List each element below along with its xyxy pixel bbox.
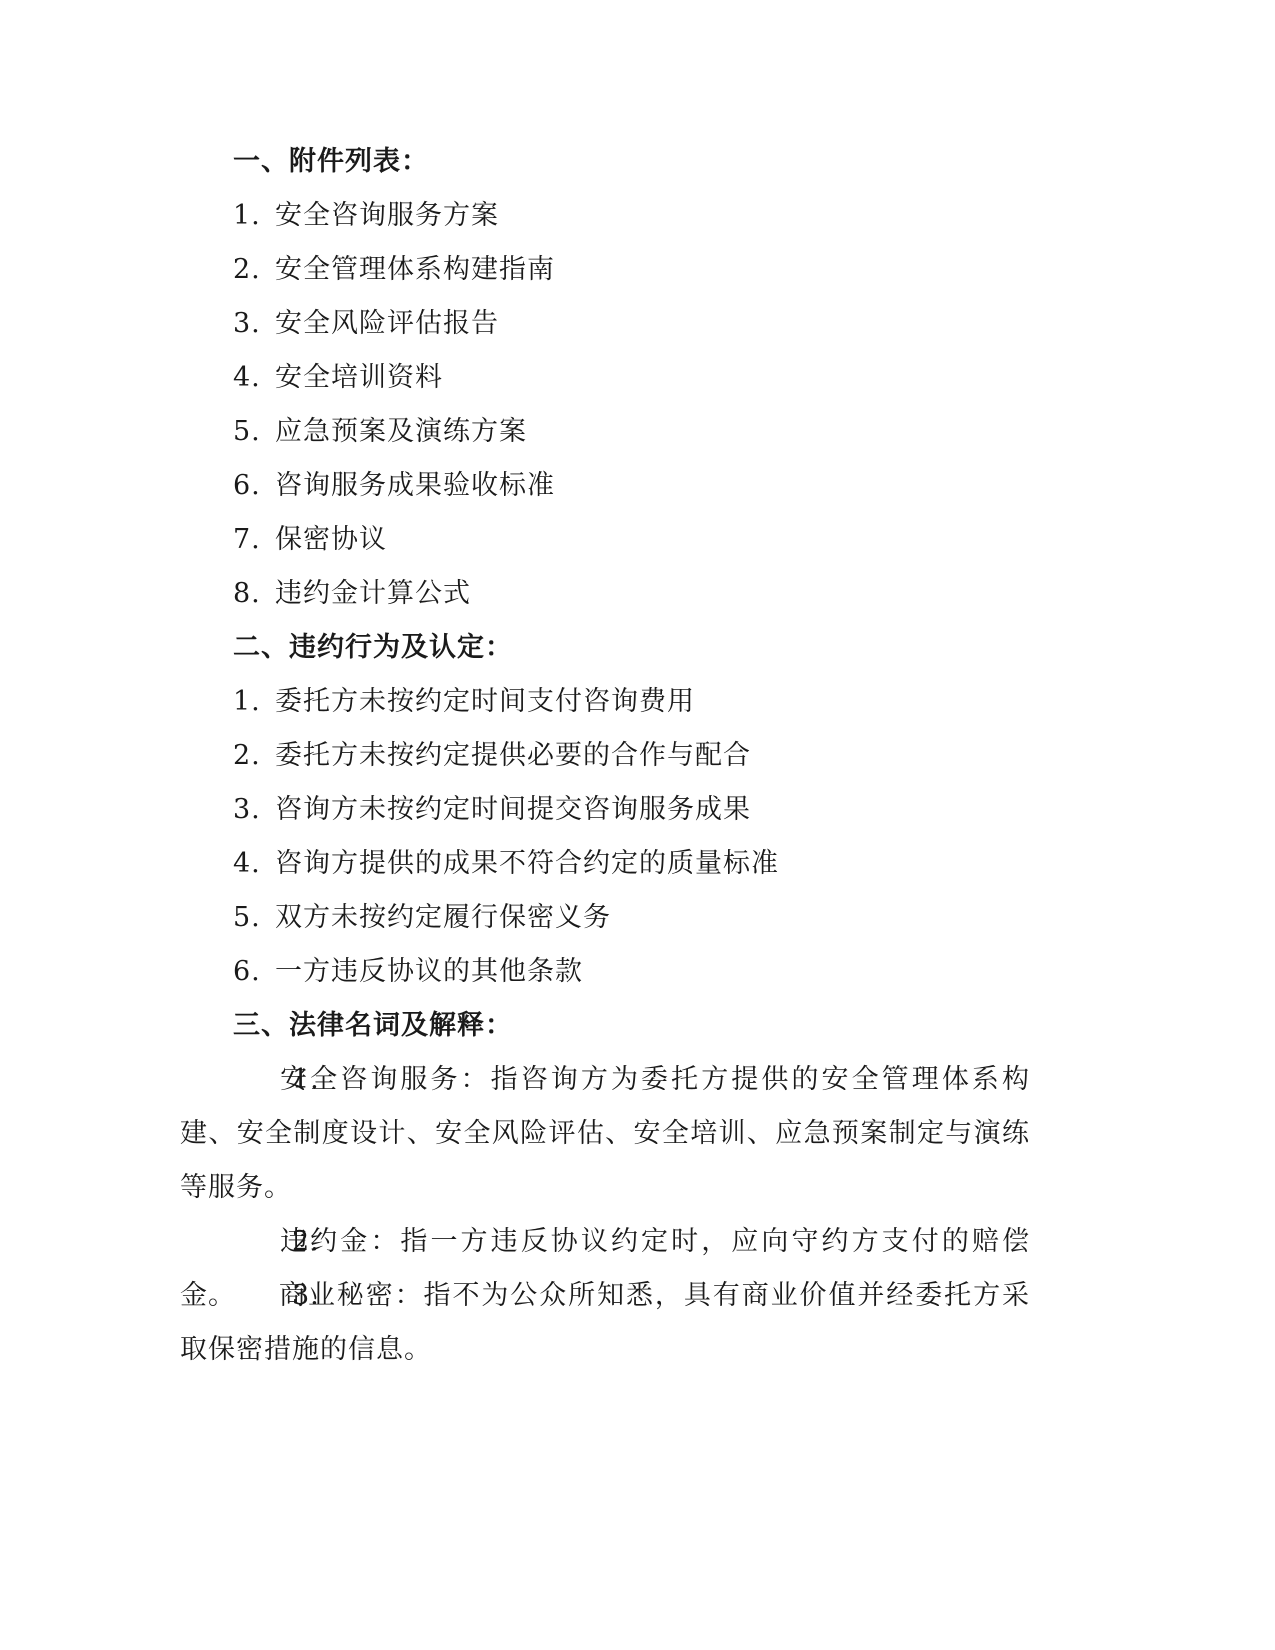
definition-text: 安全咨询服务：指咨询方为委托方提供的安全管理体系构建、安全制度设计、安全风险评估… xyxy=(180,1064,1030,1203)
list-item-number: 2. xyxy=(233,738,275,774)
list-item: 3.安全风险评估报告 xyxy=(233,306,499,342)
list-item: 4.安全培训资料 xyxy=(233,360,443,396)
list-item-number: 8. xyxy=(233,576,275,612)
list-item-text: 双方未按约定履行保密义务 xyxy=(275,902,611,933)
definition-number: 3. xyxy=(236,1269,278,1323)
definition-text: 商业秘密：指不为公众所知悉，具有商业价值并经委托方采取保密措施的信息。 xyxy=(180,1280,1030,1365)
definition-number: 1. xyxy=(236,1053,278,1107)
list-item: 6.一方违反协议的其他条款 xyxy=(233,954,583,990)
definition-number: 2. xyxy=(236,1215,278,1269)
list-item-number: 3. xyxy=(233,306,275,342)
list-item-text: 应急预案及演练方案 xyxy=(275,416,527,447)
list-item-text: 委托方未按约定时间支付咨询费用 xyxy=(275,686,695,717)
list-item-text: 保密协议 xyxy=(275,524,387,555)
list-item-number: 3. xyxy=(233,792,275,828)
list-item-text: 咨询服务成果验收标准 xyxy=(275,470,555,501)
list-item: 3.咨询方未按约定时间提交咨询服务成果 xyxy=(233,792,751,828)
list-item-text: 安全管理体系构建指南 xyxy=(275,254,555,285)
list-item-number: 6. xyxy=(233,468,275,504)
list-item-text: 安全风险评估报告 xyxy=(275,308,499,339)
list-item: 4.咨询方提供的成果不符合约定的质量标准 xyxy=(233,846,779,882)
list-item-number: 4. xyxy=(233,360,275,396)
list-item-number: 6. xyxy=(233,954,275,990)
list-item-number: 1. xyxy=(233,684,275,720)
list-item: 1.委托方未按约定时间支付咨询费用 xyxy=(233,684,695,720)
list-item: 5.应急预案及演练方案 xyxy=(233,414,527,450)
section-heading-breach: 二、违约行为及认定： xyxy=(233,630,513,666)
list-item-number: 5. xyxy=(233,900,275,936)
list-item: 5.双方未按约定履行保密义务 xyxy=(233,900,611,936)
list-item: 6.咨询服务成果验收标准 xyxy=(233,468,555,504)
list-item-number: 7. xyxy=(233,522,275,558)
list-item-number: 1. xyxy=(233,198,275,234)
list-item: 2.安全管理体系构建指南 xyxy=(233,252,555,288)
list-item-text: 安全培训资料 xyxy=(275,362,443,393)
section-heading-legal-terms: 三、法律名词及解释： xyxy=(233,1008,513,1044)
section-heading-attachments: 一、附件列表： xyxy=(233,144,429,180)
definition-paragraph: 1.安全咨询服务：指咨询方为委托方提供的安全管理体系构建、安全制度设计、安全风险… xyxy=(180,1053,1030,1215)
list-item: 1.安全咨询服务方案 xyxy=(233,198,499,234)
list-item-text: 委托方未按约定提供必要的合作与配合 xyxy=(275,740,751,771)
list-item: 7.保密协议 xyxy=(233,522,387,558)
definition-paragraph: 3.商业秘密：指不为公众所知悉，具有商业价值并经委托方采取保密措施的信息。 xyxy=(180,1269,1030,1377)
list-item: 2.委托方未按约定提供必要的合作与配合 xyxy=(233,738,751,774)
list-item-text: 一方违反协议的其他条款 xyxy=(275,956,583,987)
list-item: 8.违约金计算公式 xyxy=(233,576,471,612)
document-page: 一、附件列表： 1.安全咨询服务方案 2.安全管理体系构建指南 3.安全风险评估… xyxy=(0,0,1275,1650)
list-item-number: 4. xyxy=(233,846,275,882)
list-item-number: 2. xyxy=(233,252,275,288)
list-item-text: 安全咨询服务方案 xyxy=(275,200,499,231)
list-item-text: 咨询方提供的成果不符合约定的质量标准 xyxy=(275,848,779,879)
list-item-number: 5. xyxy=(233,414,275,450)
list-item-text: 违约金计算公式 xyxy=(275,578,471,609)
list-item-text: 咨询方未按约定时间提交咨询服务成果 xyxy=(275,794,751,825)
